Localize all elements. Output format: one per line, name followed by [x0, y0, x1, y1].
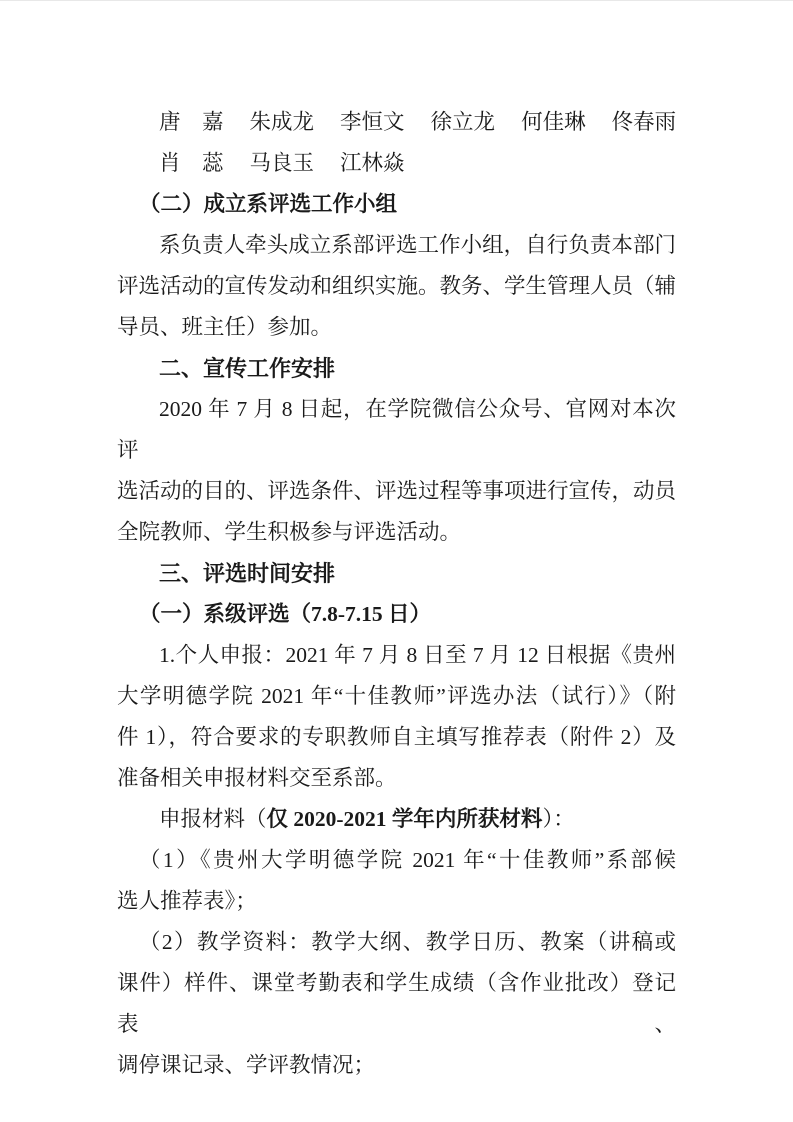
awardee-name: 何佳琳	[521, 102, 586, 143]
paragraph-line: 评选活动的宣传发动和组织实施。教务、学生管理人员（辅	[117, 266, 676, 307]
materials-intro-prefix: 申报材料（	[159, 807, 267, 831]
document-page: 唐 嘉 朱成龙 李恒文 徐立龙 何佳琳 佟春雨 肖 蕊 马良玉 江林焱 （二）成…	[0, 0, 793, 1122]
material-item-line: （1）《贵州大学明德学院 2021 年“十佳教师”系部候	[117, 840, 676, 881]
subheading-establish-group: （二）成立系评选工作小组	[117, 184, 676, 225]
material-item-line: 课件）样件、课堂考勤表和学生成绩（含作业批改）登记表、	[117, 963, 676, 1045]
document-content: 唐 嘉 朱成龙 李恒文 徐立龙 何佳琳 佟春雨 肖 蕊 马良玉 江林焱 （二）成…	[117, 102, 676, 1086]
awardee-name: 李恒文	[340, 102, 405, 143]
awardee-name: 徐立龙	[431, 102, 496, 143]
awardee-names-row-2: 肖 蕊 马良玉 江林焱	[117, 143, 676, 184]
material-item-line: 调停课记录、学评教情况；	[117, 1045, 676, 1086]
awardee-names-row-1: 唐 嘉 朱成龙 李恒文 徐立龙 何佳琳 佟春雨	[117, 102, 676, 143]
awardee-name: 佟春雨	[612, 102, 677, 143]
paragraph-line: 大学明德学院 2021 年“十佳教师”评选办法（试行）》（附	[117, 676, 676, 717]
awardee-name: 朱成龙	[250, 102, 315, 143]
awardee-name: 马良玉	[250, 143, 315, 184]
paragraph-line: 导员、班主任）参加。	[117, 307, 676, 348]
paragraph-line: 系负责人牵头成立系部评选工作小组，自行负责本部门	[117, 225, 676, 266]
paragraph-line: 选活动的目的、评选条件、评选过程等事项进行宣传，动员	[117, 471, 676, 512]
materials-intro-bold: 仅 2020-2021 学年内所获材料	[267, 807, 543, 831]
heading-publicity-arrangement: 二、宣传工作安排	[117, 348, 676, 389]
subheading-department-level: （一）系级评选（7.8-7.15 日）	[117, 594, 676, 635]
materials-intro-line: 申报材料（仅 2020-2021 学年内所获材料）：	[117, 799, 676, 840]
awardee-name: 江林焱	[340, 143, 405, 184]
paragraph-line: 全院教师、学生积极参与评选活动。	[117, 512, 676, 553]
heading-schedule-arrangement: 三、评选时间安排	[117, 553, 676, 594]
paragraph-line: 1.个人申报：2021 年 7 月 8 日至 7 月 12 日根据《贵州	[117, 635, 676, 676]
awardee-name: 唐 嘉	[159, 102, 224, 143]
materials-intro-suffix: ）：	[542, 807, 574, 831]
paragraph-line: 准备相关申报材料交至系部。	[117, 758, 676, 799]
awardee-name: 肖 蕊	[159, 143, 224, 184]
paragraph-line: 件 1），符合要求的专职教师自主填写推荐表（附件 2）及	[117, 717, 676, 758]
paragraph-line: 2020 年 7 月 8 日起，在学院微信公众号、官网对本次评	[117, 389, 676, 471]
material-item-line: 选人推荐表》；	[117, 881, 676, 922]
material-item-line: （2）教学资料：教学大纲、教学日历、教案（讲稿或	[117, 922, 676, 963]
